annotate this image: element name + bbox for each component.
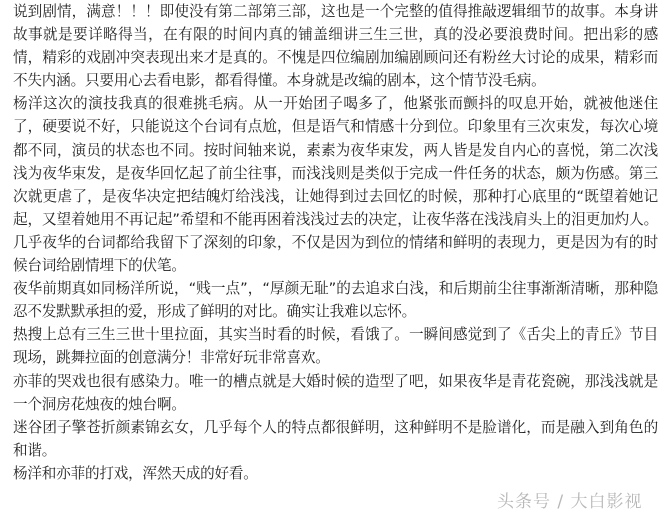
source-watermark: 头条号 / 大白影视 <box>497 487 643 512</box>
article-body: 说到剧情，满意！！！即使没有第二部第三部，这也是一个完整的值得推敲逻辑细节的故事… <box>13 0 658 485</box>
paragraph-acting: 杨洋这次的演技我真的很难挑毛病。从一开始团子喝多了，他紧张而颤抖的叹息开始，就被… <box>13 92 658 277</box>
paragraph-fight-scene: 杨洋和亦菲的打戏，浑然天成的好看。 <box>13 462 658 485</box>
paragraph-plot: 说到剧情，满意！！！即使没有第二部第三部，这也是一个完整的值得推敲逻辑细节的故事… <box>13 0 658 92</box>
paragraph-noodles: 热搜上总有三生三世十里拉面，其实当时看的时候，看饿了。一瞬间感觉到了《舌尖上的青… <box>13 323 658 369</box>
paragraph-yehua-contrast: 夜华前期真如同杨洋所说，“贱一点”，“厚颜无耻”的去追求白浅，和后期前尘往事渐渐… <box>13 277 658 323</box>
paragraph-crying-scene: 亦菲的哭戏也很有感染力。唯一的槽点就是大婚时候的造型了吧，如果夜华是青花瓷碗，那… <box>13 370 658 416</box>
paragraph-characters: 迷谷团子擎苍折颜素锦玄女，几乎每个人的特点都很鲜明，这种鲜明不是脸谱化，而是融入… <box>13 416 658 462</box>
